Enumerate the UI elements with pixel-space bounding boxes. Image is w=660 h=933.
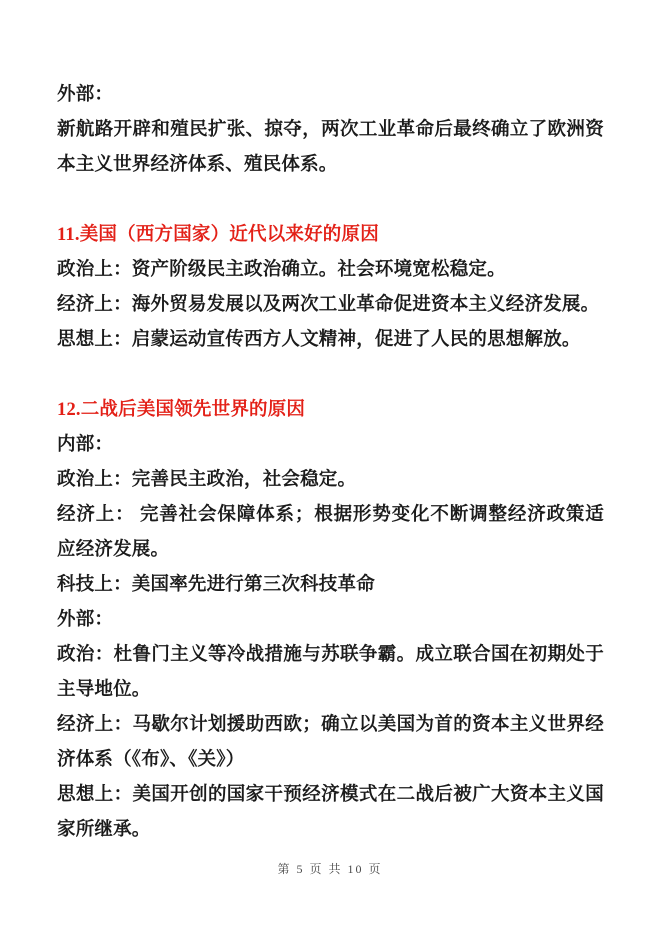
paragraph: 内部：	[57, 428, 604, 463]
document-page: 外部：新航路开辟和殖民扩张、掠夺，两次工业革命后最终确立了欧洲资本主义世界经济体…	[0, 0, 660, 933]
paragraph: 外部：	[57, 78, 604, 113]
paragraph: 思想上：启蒙运动宣传西方人文精神，促进了人民的思想解放。	[57, 323, 604, 358]
paragraph: 外部：	[57, 603, 604, 638]
paragraph: 经济上：马歇尔计划援助西欧；确立以美国为首的资本主义世界经济体系（《布》、《关》…	[57, 708, 604, 778]
paragraph: 政治：杜鲁门主义等冷战措施与苏联争霸。成立联合国在初期处于主导地位。	[57, 638, 604, 708]
page-number-footer: 第 5 页 共 10 页	[0, 860, 660, 877]
paragraph: 新航路开辟和殖民扩张、掠夺，两次工业革命后最终确立了欧洲资本主义世界经济体系、殖…	[57, 113, 604, 183]
paragraph: 政治上：资产阶级民主政治确立。社会环境宽松稳定。	[57, 253, 604, 288]
paragraph: 科技上：美国率先进行第三次科技革命	[57, 568, 604, 603]
section-heading: 11.美国（西方国家）近代以来好的原因	[57, 218, 604, 253]
paragraph: 政治上：完善民主政治，社会稳定。	[57, 463, 604, 498]
paragraph: 经济上：海外贸易发展以及两次工业革命促进资本主义经济发展。	[57, 288, 604, 323]
document-body: 外部：新航路开辟和殖民扩张、掠夺，两次工业革命后最终确立了欧洲资本主义世界经济体…	[57, 0, 604, 848]
section-heading: 12.二战后美国领先世界的原因	[57, 393, 604, 428]
paragraph: 思想上：美国开创的国家干预经济模式在二战后被广大资本主义国家所继承。	[57, 778, 604, 848]
paragraph: 经济上： 完善社会保障体系；根据形势变化不断调整经济政策适应经济发展。	[57, 498, 604, 568]
